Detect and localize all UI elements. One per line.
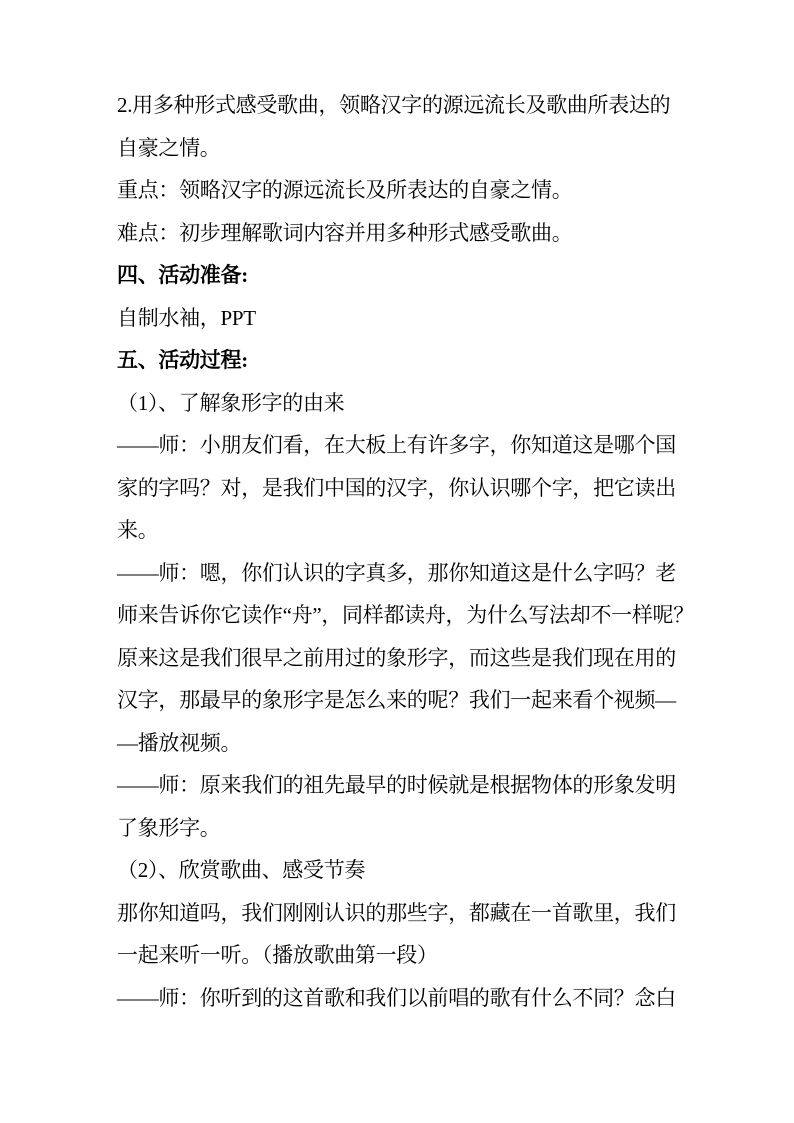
paragraph: 2.用多种形式感受歌曲，领略汉字的源远流长及歌曲所表达的自豪之情。 xyxy=(117,84,697,169)
section-heading: 四、活动准备: xyxy=(117,254,697,297)
text-line: 五、活动过程: xyxy=(117,339,697,382)
text-line: 2.用多种形式感受歌曲，领略汉字的源远流长及歌曲所表达的 xyxy=(117,84,697,127)
paragraph: ——师：小朋友们看，在大板上有许多字，你知道这是哪个国家的字吗？对，是我们中国的… xyxy=(117,424,697,552)
text-line: 家的字吗？对，是我们中国的汉字，你认识哪个字，把它读出 xyxy=(117,467,697,510)
text-line: ——师：原来我们的祖先最早的时候就是根据物体的形象发明 xyxy=(117,764,697,807)
text-line: （1）、了解象形字的由来 xyxy=(117,382,697,425)
text-line: 师来告诉你它读作“舟”，同样都读舟，为什么写法却不一样呢？ xyxy=(117,594,697,637)
paragraph: 自制水袖，PPT xyxy=(117,297,697,340)
paragraph: （2）、欣赏歌曲、感受节奏 xyxy=(117,849,697,892)
section-heading: 五、活动过程: xyxy=(117,339,697,382)
text-line: —播放视频。 xyxy=(117,722,697,765)
paragraph: 难点：初步理解歌词内容并用多种形式感受歌曲。 xyxy=(117,212,697,255)
text-line: 自制水袖，PPT xyxy=(117,297,697,340)
text-line: 自豪之情。 xyxy=(117,127,697,170)
text-line: ——师：小朋友们看，在大板上有许多字，你知道这是哪个国 xyxy=(117,424,697,467)
paragraph: （1）、了解象形字的由来 xyxy=(117,382,697,425)
text-line: 一起来听一听。（播放歌曲第一段） xyxy=(117,934,697,977)
text-line: 来。 xyxy=(117,509,697,552)
text-line: 四、活动准备: xyxy=(117,254,697,297)
text-line: 汉字，那最早的象形字是怎么来的呢？我们一起来看个视频— xyxy=(117,679,697,722)
text-line: ——师：嗯，你们认识的字真多，那你知道这是什么字吗？老 xyxy=(117,552,697,595)
text-line: （2）、欣赏歌曲、感受节奏 xyxy=(117,849,697,892)
paragraph: 那你知道吗，我们刚刚认识的那些字，都藏在一首歌里，我们一起来听一听。（播放歌曲第… xyxy=(117,892,697,977)
paragraph: ——师：嗯，你们认识的字真多，那你知道这是什么字吗？老师来告诉你它读作“舟”，同… xyxy=(117,552,697,765)
text-line: 那你知道吗，我们刚刚认识的那些字，都藏在一首歌里，我们 xyxy=(117,892,697,935)
text-line: 原来这是我们很早之前用过的象形字，而这些是我们现在用的 xyxy=(117,637,697,680)
text-line: 了象形字。 xyxy=(117,807,697,850)
paragraph: ——师：你听到的这首歌和我们以前唱的歌有什么不同？念白 xyxy=(117,977,697,1020)
text-line: ——师：你听到的这首歌和我们以前唱的歌有什么不同？念白 xyxy=(117,977,697,1020)
document-page: 2.用多种形式感受歌曲，领略汉字的源远流长及歌曲所表达的自豪之情。重点：领略汉字… xyxy=(0,0,794,1123)
text-line: 重点：领略汉字的源远流长及所表达的自豪之情。 xyxy=(117,169,697,212)
document-body: 2.用多种形式感受歌曲，领略汉字的源远流长及歌曲所表达的自豪之情。重点：领略汉字… xyxy=(117,84,697,1019)
paragraph: 重点：领略汉字的源远流长及所表达的自豪之情。 xyxy=(117,169,697,212)
paragraph: ——师：原来我们的祖先最早的时候就是根据物体的形象发明了象形字。 xyxy=(117,764,697,849)
text-line: 难点：初步理解歌词内容并用多种形式感受歌曲。 xyxy=(117,212,697,255)
